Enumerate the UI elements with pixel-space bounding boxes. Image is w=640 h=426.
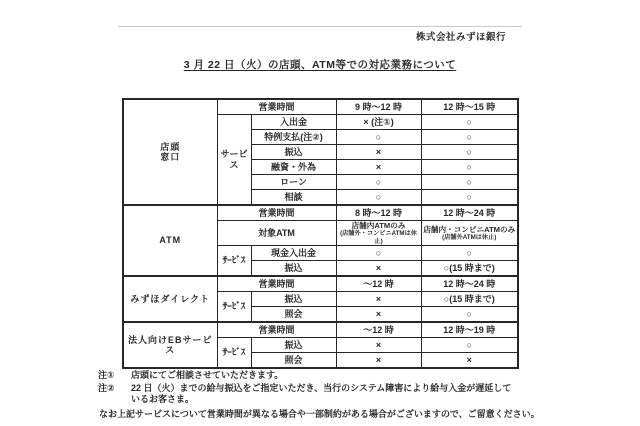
status-am-cell: × — [336, 352, 421, 368]
hours-am-cell: 9 時～12 時 — [336, 99, 421, 115]
document-page: 株式会社みずほ銀行 3 月 22 日（火）の店頭、ATM等での対応業務について … — [0, 0, 640, 426]
footnote-1-text: 店頭にてご相談させていただきます。 — [131, 370, 519, 382]
section-name-direct: みずほダイレクト — [123, 276, 217, 322]
service-name-cell: 振込 — [251, 260, 336, 276]
status-pm-cell: ○(15 時まで) — [421, 291, 518, 306]
service-label-cell: サービス — [217, 115, 251, 206]
status-am-cell: × (注①) — [336, 115, 421, 130]
service-name-cell: 特例支払(注②) — [251, 130, 336, 145]
status-am-cell: × — [336, 291, 421, 306]
service-name-cell: ローン — [251, 175, 336, 190]
service-name-cell: 振込 — [251, 145, 336, 160]
bank-name: 株式会社みずほ銀行 — [416, 29, 506, 43]
target-atm-am-note: (店舗外・コンビニATMは休止) — [338, 230, 420, 245]
status-am-cell: ○ — [336, 245, 421, 260]
hours-pm-cell: 12 時～24 時 — [421, 205, 518, 221]
target-atm-pm-main: 店舗内・コンビニATMのみ — [423, 225, 517, 234]
status-pm-cell: × — [421, 352, 518, 368]
footnote-1-marker: 注① — [98, 370, 131, 382]
hours-pm-cell: 12 時～15 時 — [421, 99, 518, 115]
service-schedule-table: 店頭 窓口 営業時間 9 時～12 時 12 時～15 時 サービス 入出金 ×… — [122, 98, 519, 369]
footnote-2: 注② 22 日（火）までの給与振込をご指定いただき、当行のシステム障害により給与… — [98, 383, 519, 406]
section-name-eb: 法人向けEBサービス — [123, 322, 217, 368]
service-name-cell: 融資・外為 — [251, 160, 336, 175]
hours-pm-cell: 12 時～19 時 — [421, 322, 518, 338]
service-name-cell: 照会 — [251, 352, 336, 368]
footnotes: 注① 店頭にてご相談させていただきます。 注② 22 日（火）までの給与振込をご… — [98, 370, 519, 407]
service-name-cell: 相談 — [251, 190, 336, 206]
status-am-cell: × — [336, 145, 421, 160]
status-am-cell: × — [336, 260, 421, 276]
status-am-cell: ○ — [336, 175, 421, 190]
status-pm-cell: ○ — [421, 245, 518, 260]
status-pm-cell: ○ — [421, 175, 518, 190]
target-atm-pm-cell: 店舗内・コンビニATMのみ (店舗外ATMは休止) — [421, 221, 518, 246]
target-atm-am-main: 店舗内ATMのみ — [338, 221, 420, 230]
status-pm-cell: ○ — [421, 115, 518, 130]
hours-am-cell: ～12 時 — [336, 276, 421, 292]
hours-pm-cell: 12 時～24 時 — [421, 276, 518, 292]
status-pm-cell: ○ — [421, 190, 518, 206]
status-pm-cell: ○ — [421, 160, 518, 175]
header-rule — [118, 26, 522, 27]
status-am-cell: ○ — [336, 190, 421, 206]
hours-label-cell: 営業時間 — [217, 99, 336, 115]
service-name-cell: 照会 — [251, 306, 336, 322]
hours-label-cell: 営業時間 — [217, 205, 336, 221]
footnote-1: 注① 店頭にてご相談させていただきます。 — [98, 370, 519, 382]
service-label-cell: ｻｰﾋﾞｽ — [217, 245, 251, 276]
table-row: みずほダイレクト 営業時間 ～12 時 12 時～24 時 — [123, 276, 518, 292]
service-name-cell: 現金入出金 — [251, 245, 336, 260]
table-row: 店頭 窓口 営業時間 9 時～12 時 12 時～15 時 — [123, 99, 518, 115]
service-name-cell: 振込 — [251, 291, 336, 306]
section-name-atm: ATM — [123, 205, 217, 276]
footnote-2-marker: 注② — [98, 383, 131, 406]
hours-am-cell: 8 時～12 時 — [336, 205, 421, 221]
status-pm-cell: ○ — [421, 306, 518, 322]
hours-am-cell: ～12 時 — [336, 322, 421, 338]
status-am-cell: ○ — [336, 130, 421, 145]
table-row: 法人向けEBサービス 営業時間 ～12 時 12 時～19 時 — [123, 322, 518, 338]
status-am-cell: × — [336, 337, 421, 352]
service-label-cell: ｻｰﾋﾞｽ — [217, 337, 251, 368]
footer-note: なお上記サービスについて営業時間が異なる場合や一部制約がある場合がございますので… — [99, 407, 599, 420]
service-name-cell: 入出金 — [251, 115, 336, 130]
service-name-cell: 振込 — [251, 337, 336, 352]
target-atm-pm-note: (店舗外ATMは休止) — [423, 234, 517, 241]
hours-label-cell: 営業時間 — [217, 322, 336, 338]
status-am-cell: × — [336, 306, 421, 322]
hours-label-cell: 営業時間 — [217, 276, 336, 292]
status-pm-cell: ○ — [421, 337, 518, 352]
status-pm-cell: ○ — [421, 145, 518, 160]
status-pm-cell: ○ — [421, 130, 518, 145]
section-name-counter: 店頭 窓口 — [123, 99, 217, 205]
footnote-2-text: 22 日（火）までの給与振込をご指定いただき、当行のシステム障害により給与入金が… — [131, 383, 519, 406]
table-row: ATM 営業時間 8 時～12 時 12 時～24 時 — [123, 205, 518, 221]
status-pm-cell: ○(15 時まで) — [421, 260, 518, 276]
target-atm-label-cell: 対象ATM — [217, 221, 336, 246]
status-am-cell: × — [336, 160, 421, 175]
service-label-cell: ｻｰﾋﾞｽ — [217, 291, 251, 322]
target-atm-am-cell: 店舗内ATMのみ (店舗外・コンビニATMは休止) — [336, 221, 421, 246]
page-title: 3 月 22 日（火）の店頭、ATM等での対応業務について — [0, 57, 640, 72]
